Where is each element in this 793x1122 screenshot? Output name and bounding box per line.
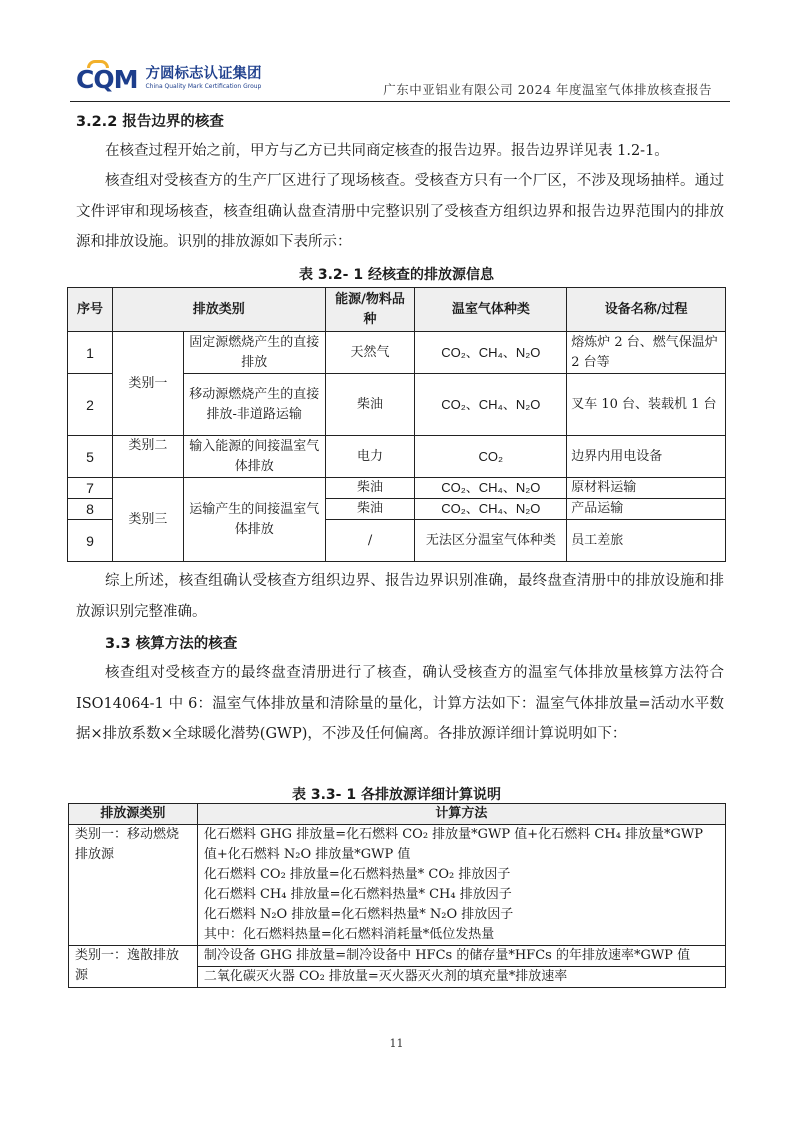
logo-name-cn: 方圆标志认证集团 (145, 67, 261, 83)
header-no: 序号 (68, 288, 113, 332)
header-equipment: 设备名称/过程 (567, 288, 726, 332)
row-gas: CO₂、CH₄、N₂O (415, 478, 567, 499)
row-subcategory: 运输产生的间接温室气体排放 (183, 478, 325, 562)
calculation-method-table: 排放源类别 计算方法 类别一：移动燃烧排放源 化石燃料 GHG 排放量=化石燃料… (68, 803, 726, 988)
row-category: 类别一：逸散排放源 (69, 946, 198, 988)
row-methods: 化石燃料 GHG 排放量=化石燃料 CO₂ 排放量*GWP 值+化石燃料 CH₄… (197, 825, 725, 946)
header-gas: 温室气体种类 (415, 288, 567, 332)
row-no: 7 (68, 478, 113, 499)
emission-source-table: 序号 排放类别 能源/物料品种 温室气体种类 设备名称/过程 1 类别一 固定源… (67, 287, 726, 562)
row-gas: CO₂、CH₄、N₂O (415, 499, 567, 520)
row-no: 5 (68, 436, 113, 478)
paragraph-site-inspection: 核查组对受核查方的生产厂区进行了现场核查。受核查方只有一个厂区，不涉及现场抽样。… (76, 166, 724, 258)
paragraph-calculation-method: 核查组对受核查方的最终盘查清册进行了核查，确认受核查方的温室气体排放量核算方法符… (76, 658, 724, 750)
row-no: 8 (68, 499, 113, 520)
table-row: 1 类别一 固定源燃烧产生的直接排放 天然气 CO₂、CH₄、N₂O 熔炼炉 2… (68, 332, 726, 374)
header-source-category: 排放源类别 (69, 804, 198, 825)
section-heading-3-3: 3.3 核算方法的核查 (105, 632, 237, 653)
row-equipment: 熔炼炉 2 台、燃气保温炉 2 台等 (567, 332, 726, 374)
table-caption-3-2-1: 表 3.2- 1 经核查的排放源信息 (0, 264, 793, 284)
method-line: 化石燃料 CH₄ 排放量=化石燃料热量* CH₄ 排放因子 (204, 885, 719, 905)
row-gas: CO₂ (415, 436, 567, 478)
paragraph-summary: 综上所述，核查组确认受核查方组织边界、报告边界识别准确，最终盘查清册中的排放设施… (76, 566, 724, 627)
table-row: 类别一：移动燃烧排放源 化石燃料 GHG 排放量=化石燃料 CO₂ 排放量*GW… (69, 825, 726, 946)
row-gas: CO₂、CH₄、N₂O (415, 374, 567, 436)
logo-arc-icon (87, 60, 109, 68)
header-category: 排放类别 (112, 288, 325, 332)
row-equipment: 产品运输 (567, 499, 726, 520)
row-energy: / (325, 520, 415, 562)
row-energy: 电力 (325, 436, 415, 478)
header-method: 计算方法 (197, 804, 725, 825)
row-gas: 无法区分温室气体种类 (415, 520, 567, 562)
table-row: 5 类别二 输入能源的间接温室气体排放 电力 CO₂ 边界内用电设备 (68, 436, 726, 478)
table-header-row: 排放源类别 计算方法 (69, 804, 726, 825)
row-category: 类别一：移动燃烧排放源 (69, 825, 198, 946)
row-subcategory: 输入能源的间接温室气体排放 (183, 436, 325, 478)
header-energy: 能源/物料品种 (325, 288, 415, 332)
method-line: 二氧化碳灭火器 CO₂ 排放量=灭火器灭火剂的填充量*排放速率 (197, 967, 725, 988)
row-category: 类别三 (112, 478, 183, 562)
paragraph-boundary-agreement: 在核查过程开始之前，甲方与乙方已共同商定核查的报告边界。报告边界详见表 1.2-… (76, 136, 724, 167)
document-title: 广东中亚铝业有限公司 2024 年度温室气体排放核查报告 (383, 80, 712, 98)
table-header-row: 序号 排放类别 能源/物料品种 温室气体种类 设备名称/过程 (68, 288, 726, 332)
row-category: 类别一 (112, 332, 183, 436)
method-line: 化石燃料 N₂O 排放量=化石燃料热量* N₂O 排放因子 (204, 905, 719, 925)
row-energy: 柴油 (325, 478, 415, 499)
row-no: 1 (68, 332, 113, 374)
method-line: 化石燃料 GHG 排放量=化石燃料 CO₂ 排放量*GWP 值+化石燃料 CH₄… (204, 825, 719, 865)
logo-mark: CQM (76, 67, 137, 92)
row-equipment: 原材料运输 (567, 478, 726, 499)
table-row: 类别一：逸散排放源 制冷设备 GHG 排放量=制冷设备中 HFCs 的储存量*H… (69, 946, 726, 967)
logo-name-en: China Quality Mark Certification Group (145, 83, 261, 90)
row-energy: 柴油 (325, 374, 415, 436)
row-subcategory: 固定源燃烧产生的直接排放 (183, 332, 325, 374)
table-caption-3-3-1: 表 3.3- 1 各排放源详细计算说明 (0, 784, 793, 804)
row-equipment: 边界内用电设备 (567, 436, 726, 478)
row-gas: CO₂、CH₄、N₂O (415, 332, 567, 374)
page-number: 11 (0, 1037, 793, 1050)
method-line: 其中：化石燃料热量=化石燃料消耗量*低位发热量 (204, 925, 719, 945)
row-equipment: 叉车 10 台、装载机 1 台 (567, 374, 726, 436)
page-header: CQM 方圆标志认证集团 China Quality Mark Certific… (70, 58, 730, 102)
method-line: 化石燃料 CO₂ 排放量=化石燃料热量* CO₂ 排放因子 (204, 865, 719, 885)
table-row: 7 类别三 运输产生的间接温室气体排放 柴油 CO₂、CH₄、N₂O 原材料运输 (68, 478, 726, 499)
row-category: 类别二 (112, 436, 183, 478)
row-subcategory: 移动源燃烧产生的直接排放-非道路运输 (183, 374, 325, 436)
row-energy: 柴油 (325, 499, 415, 520)
method-line: 制冷设备 GHG 排放量=制冷设备中 HFCs 的储存量*HFCs 的年排放速率… (197, 946, 725, 967)
row-energy: 天然气 (325, 332, 415, 374)
row-no: 2 (68, 374, 113, 436)
row-equipment: 员工差旅 (567, 520, 726, 562)
section-heading-3-2-2: 3.2.2 报告边界的核查 (76, 110, 224, 131)
cqm-logo: CQM 方圆标志认证集团 China Quality Mark Certific… (76, 60, 261, 98)
row-no: 9 (68, 520, 113, 562)
